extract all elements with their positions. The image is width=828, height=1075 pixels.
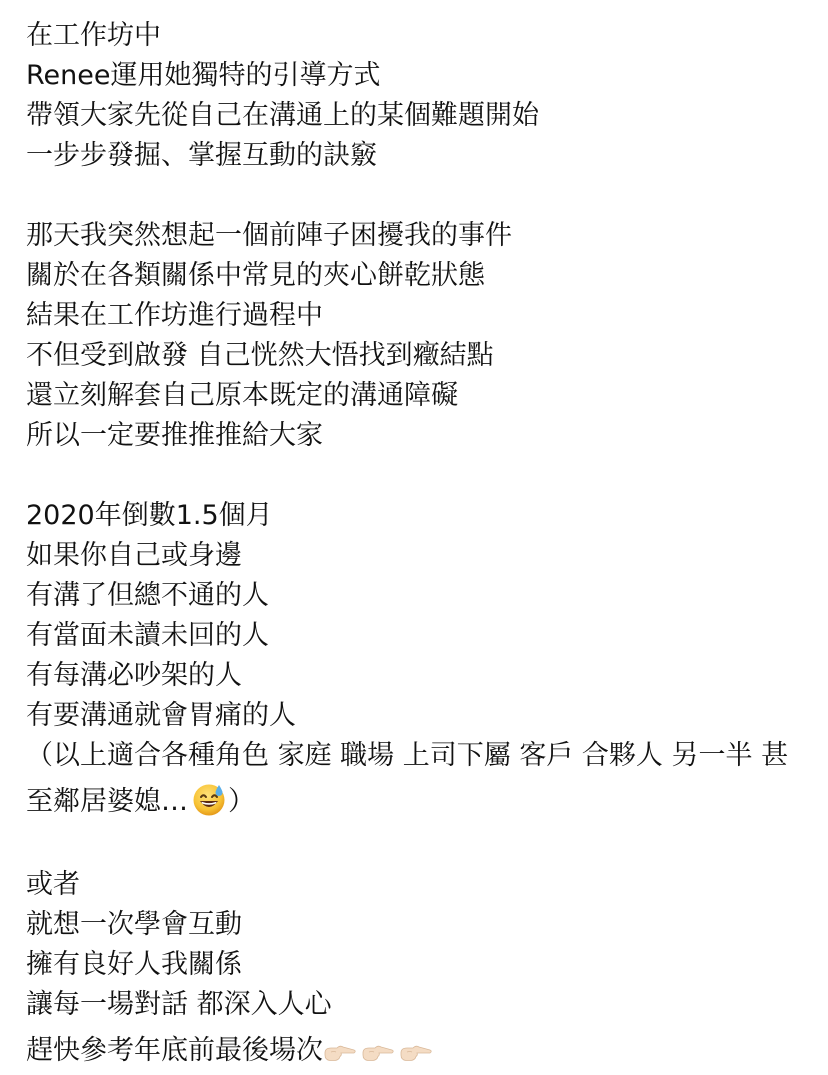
grinning-face-with-sweat-icon <box>192 783 226 817</box>
text-line: 有每溝必吵架的人 <box>26 656 808 696</box>
text-line: 擁有良好人我關係 <box>26 945 808 985</box>
pointing-right-icon <box>323 1037 357 1059</box>
paragraph-spacer <box>26 456 808 496</box>
cta-text: 趕快參考年底前最後場次 <box>26 1035 323 1066</box>
text-line: 一步步發掘、掌握互動的訣竅 <box>26 136 808 176</box>
text-line: 結果在工作坊進行過程中 <box>26 296 808 336</box>
audience-note: （以上適合各種角色 家庭 職場 上司下屬 客戶 合夥人 另一半 甚至鄰居婆媳… <box>26 733 808 825</box>
text-line: 不但受到啟發 自己恍然大悟找到癥結點 <box>26 336 808 376</box>
text-line: 有當面未讀未回的人 <box>26 616 808 656</box>
pointing-right-icon <box>399 1037 433 1059</box>
paragraph-spacer <box>26 825 808 865</box>
paragraph-call-to-action: 或者 就想一次學會互動 擁有良好人我關係 讓每一場對話 都深入人心 趕快參考年底… <box>26 865 808 1071</box>
text-line: 或者 <box>26 865 808 905</box>
audience-note-close: ） <box>228 786 255 817</box>
text-line: 在工作坊中 <box>26 16 808 56</box>
paragraph-story: 那天我突然想起一個前陣子困擾我的事件 關於在各類關係中常見的夾心餅乾狀態 結果在… <box>26 216 808 456</box>
paragraph-spacer <box>26 176 808 216</box>
text-line: 2020年倒數1.5個月 <box>26 496 808 536</box>
pointing-right-icon <box>361 1037 395 1059</box>
text-line: 有溝了但總不通的人 <box>26 576 808 616</box>
text-line: 就想一次學會互動 <box>26 905 808 945</box>
text-line: 讓每一場對話 都深入人心 <box>26 985 808 1025</box>
text-line: 帶領大家先從自己在溝通上的某個難題開始 <box>26 96 808 136</box>
text-line: 所以一定要推推推給大家 <box>26 416 808 456</box>
paragraph-intro: 在工作坊中 Renee運用她獨特的引導方式 帶領大家先從自己在溝通上的某個難題開… <box>26 16 808 176</box>
text-line: 那天我突然想起一個前陣子困擾我的事件 <box>26 216 808 256</box>
paragraph-audience: 2020年倒數1.5個月 如果你自己或身邊 有溝了但總不通的人 有當面未讀未回的… <box>26 496 808 825</box>
text-line: 還立刻解套自己原本既定的溝通障礙 <box>26 376 808 416</box>
text-line: 有要溝通就會胃痛的人 <box>26 696 808 736</box>
text-line: Renee運用她獨特的引導方式 <box>26 56 808 96</box>
post-body: 在工作坊中 Renee運用她獨特的引導方式 帶領大家先從自己在溝通上的某個難題開… <box>26 16 808 1071</box>
text-line: 如果你自己或身邊 <box>26 536 808 576</box>
audience-note-text: （以上適合各種角色 家庭 職場 上司下屬 客戶 合夥人 另一半 甚至鄰居婆媳… <box>26 740 788 817</box>
text-line: 關於在各類關係中常見的夾心餅乾狀態 <box>26 256 808 296</box>
cta-line: 趕快參考年底前最後場次 <box>26 1031 808 1071</box>
